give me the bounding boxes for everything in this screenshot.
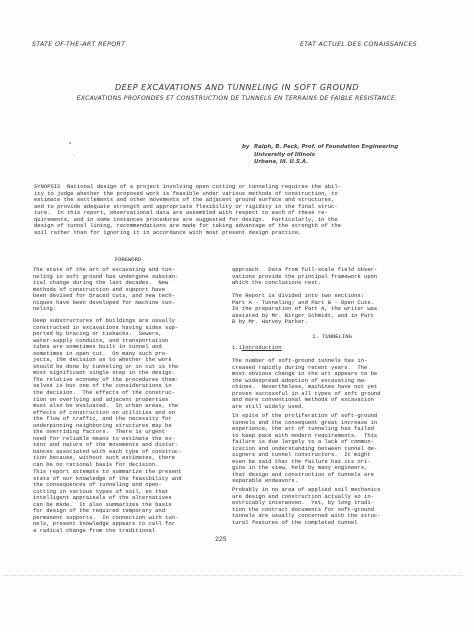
scan-edge-line	[4, 575, 462, 576]
foreword-paragraph-1: The state of the art of excavating and t…	[33, 267, 178, 313]
document-page: STATE OF-THE-ART REPORT ETAT ACTUEL DES …	[0, 0, 474, 632]
foreword-paragraph-2: Deep substructures of buildings are usua…	[33, 318, 182, 469]
approach-paragraph: approach. Data from full-scale field obs…	[232, 267, 377, 287]
subsection-number: 1.1	[232, 344, 242, 351]
running-header-right: ETAT ACTUEL DES CONAISSANCES	[300, 41, 417, 48]
author-by-label: by	[242, 144, 249, 152]
author-affiliation: University of Illinois	[254, 152, 398, 160]
author-location: Urbana, Ill. U.S.A.	[254, 159, 398, 167]
subsection-title: Introduction	[242, 344, 282, 351]
synopsis: SYNOPSIS Rational design of a project in…	[34, 184, 444, 236]
paper-title-english: DEEP EXCAVATIONS AND TUNNELING IN SOFT G…	[0, 83, 474, 92]
intro-paragraph-1: The number of soft-ground tunnels has in…	[232, 358, 381, 410]
paper-title-french: EXCAVATIONS PROFONDES ET CONSTRUCTION DE…	[0, 95, 474, 102]
scan-speck	[74, 155, 75, 156]
page-number: 225	[215, 536, 227, 543]
scan-speck	[69, 142, 71, 144]
section-heading-tunneling: 1. TUNNELING	[232, 334, 432, 341]
intro-paragraph-2: In spite of the proliferation of soft-gr…	[232, 413, 377, 485]
foreword-paragraph-3: This report attempts to summarize the pr…	[33, 469, 182, 534]
report-structure-paragraph: The Report is divided into two sections:…	[232, 293, 377, 326]
intro-paragraph-3: Probably in no area of applied soil mech…	[232, 487, 381, 526]
author-name: Ralph, B. Peck, Prof. of Foundation Engi…	[254, 144, 398, 152]
running-header-left: STATE OF-THE-ART REPORT	[32, 41, 125, 48]
author-block: by Ralph, B. Peck, Prof. of Foundation E…	[254, 144, 398, 167]
subsection-heading: 1.1Introduction	[232, 345, 282, 352]
foreword-heading: FOREWORD	[33, 257, 223, 264]
